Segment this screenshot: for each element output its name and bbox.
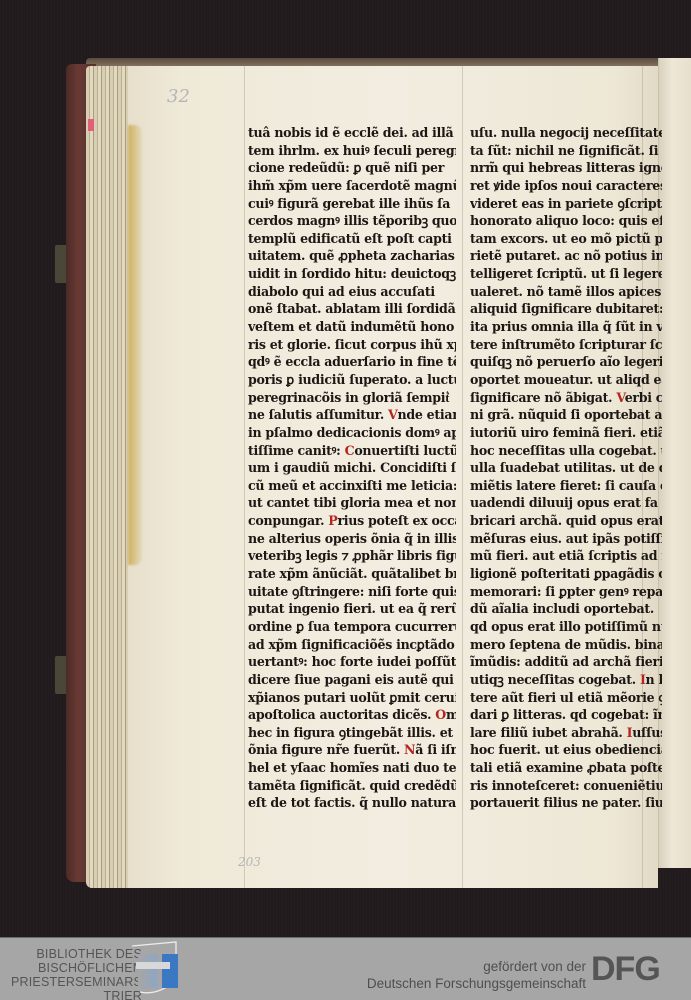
manuscript-line: ligionẽ poſteritati ꝑpagãdis cõ	[470, 565, 662, 583]
manuscript-line: tere inſtrumẽto ſcripturar ſcãr.	[470, 336, 662, 354]
manuscript-line: uitatem. quẽ ꝓpheta zacharias	[248, 247, 456, 265]
ruling-line	[244, 66, 245, 888]
manuscript-line: ĩmũdis: additũ ad archã fieri.	[470, 653, 662, 671]
manuscript-line: tuâ nobis id ẽ ecclẽ dei. ad illã celeſ	[248, 124, 456, 142]
manuscript-line: õnia figure nr̃e fuerũt. Nã ſi iſma	[248, 741, 456, 759]
manuscript-line: ne alterius operis õnia q̃ in illis	[248, 530, 456, 548]
manuscript-line: bricari archã. quid opus erat	[470, 512, 662, 530]
manuscript-line: ret ꝟide ipſos noui caracteres.	[470, 177, 662, 195]
manuscript-line: ris innoteſceret: conueniẽtius ligna	[470, 777, 662, 795]
manuscript-line: hel et yſaac homĩes nati duo teſ	[248, 759, 456, 777]
manuscript-line: mẽſuras eius. aut ipãs potiſſi	[470, 530, 662, 548]
manuscript-line: aliquid ſignificare dubitaret:	[470, 300, 662, 318]
manuscript-line: conpungar. Prius poteſt ex occaſio	[248, 512, 456, 530]
manuscript-line: ne ſalutis aſſumitur. Vnde etiam	[248, 406, 456, 424]
footer-bar: BIBLIOTHEK DES BISCHÖFLICHEN PRIESTERSEM…	[0, 937, 691, 1000]
page-stack-edges	[86, 66, 132, 888]
manuscript-line: veſtem et datũ indumẽtũ hono	[248, 318, 456, 336]
manuscript-line: dũ aĩalia includi oportebat.	[470, 600, 662, 618]
library-shield-logo-icon[interactable]	[128, 940, 190, 998]
manuscript-line: qd opus erat illo potiſſimũ nu	[470, 618, 662, 636]
manuscript-line: dari ꝑ litteras. qd cogebat: ĩmo	[470, 706, 662, 724]
manuscript-line: um i gaudiũ michi. Concidiſti ſac	[248, 459, 456, 477]
manuscript-line: telligeret ſcriptũ. ut ſi legere non	[470, 265, 662, 283]
library-name-line: BISCHÖFLICHEN	[0, 961, 142, 975]
manuscript-line: nrm̃ qui hebreas litteras ignora	[470, 159, 662, 177]
manuscript-line: uitate ꝯſtringere: niſi forte quis	[248, 583, 456, 601]
manuscript-line: quiſqꝫ nõ peruerſo aĩo legerit. ſic	[470, 353, 662, 371]
rubricated-initial: C	[345, 443, 355, 458]
manuscript-line: uidit in ſordido hitu: deuictoqꝫ	[248, 265, 456, 283]
manuscript-line: onẽ ſtabat. ablatam illi ſordidã	[248, 300, 456, 318]
next-page-edge	[658, 58, 691, 868]
ruling-line	[462, 66, 463, 888]
manuscript-line: oportet moueatur. ut aliqd ea	[470, 371, 662, 389]
text-column-right: uſu. nulla negocij neceſſitate facta ſũt…	[470, 124, 662, 812]
manuscript-line: uadendi diluuij opus erat fa	[470, 494, 662, 512]
manuscript-line: diabolo qui ad eius accuſati	[248, 283, 456, 301]
manuscript-line: tali etiã examine ꝓbata poſte	[470, 759, 662, 777]
funding-notice: gefördert von der Deutschen Forschungsge…	[367, 958, 586, 992]
manuscript-line: in pſalmo dedicacionis domꝰ ap	[248, 424, 456, 442]
manuscript-line: portauerit filius ne pater. ſiuer	[470, 794, 662, 812]
manuscript-line: mero ſeptena de mũdis. bina de	[470, 636, 662, 654]
water-stain	[128, 125, 142, 565]
manuscript-line: ſignificare nõ ãbigat. Verbi c	[470, 389, 662, 407]
manuscript-line: iutoriũ uiro feminã fieri. etiã	[470, 424, 662, 442]
rubricated-initial: I	[627, 725, 633, 740]
manuscript-line: poris ꝑ iudiciũ ſuperato. a luctu	[248, 371, 456, 389]
manuscript-line: xp̃ianos putari uolũt ꝑmit cerui	[248, 689, 456, 707]
manuscript-line: peregrinacõis in gloriã ſempit͛	[248, 389, 456, 407]
manuscript-line: rate xp̃m ãnũciãt. quãtalibet bre	[248, 565, 456, 583]
manuscript-line: lare filiũ iubet abrahã. Iuſſus	[470, 724, 662, 742]
manuscript-viewer[interactable]: 32 203 tuâ nobis id ẽ ecclẽ dei. ad illã…	[0, 0, 691, 937]
manuscript-line: cerdos magnꝰ illis tẽporibꝫ quo	[248, 212, 456, 230]
manuscript-line: ita prius omnia illa q̃ ſũt in ve	[470, 318, 662, 336]
manuscript-line: uertantꝰ: hoc forte iudei poſſũt	[248, 653, 456, 671]
manuscript-line: rietẽ putaret. ac nõ potius in	[470, 247, 662, 265]
library-name-line: PRIESTERSEMINARS TRIER	[0, 975, 142, 1000]
manuscript-line: tamẽta ſignificãt. quid credẽdũ	[248, 777, 456, 795]
manuscript-line: ualeret. nõ tamẽ illos apices	[470, 283, 662, 301]
manuscript-line: videret eas in pariete ꝯſcriptas.	[470, 195, 662, 213]
rubricated-initial: I	[640, 672, 646, 687]
rubricated-initial: V	[388, 407, 397, 422]
bookmark-tab	[88, 119, 94, 131]
manuscript-line: ad xp̃m ſignificaciõẽs incꝑtãdo	[248, 636, 456, 654]
manuscript-line: putat ingenio fieri. ut ea q̃ rerũ	[248, 600, 456, 618]
library-name-line: BIBLIOTHEK DES	[0, 947, 142, 961]
manuscript-line: ihm̃ xp̃m uere ſacerdotẽ magnũ.	[248, 177, 456, 195]
manuscript-line: ta ſũt: nichil ne ſignificãt. ſi quis	[470, 142, 662, 160]
manuscript-line: ulla ſuadebat utilitas. ut de dor	[470, 459, 662, 477]
manuscript-line: veteribꝫ legis ⁊ ꝓphãr libris figu	[248, 547, 456, 565]
folio-number-bottom: 203	[238, 855, 261, 869]
manuscript-line: tam excors. ut eo mõ pictũ pa	[470, 230, 662, 248]
manuscript-line: cuiꝰ figurã gerebat ille ihũs ſa	[248, 195, 456, 213]
manuscript-line: qdꝰ ẽ eccla aduerſario in fine tẽ	[248, 353, 456, 371]
manuscript-line: hec in figura ꝯtingebãt illis. et hec	[248, 724, 456, 742]
rubricated-initial: O	[435, 707, 446, 722]
text-column-left: tuâ nobis id ẽ ecclẽ dei. ad illã celeſt…	[248, 124, 456, 812]
manuscript-line: apoſtolica auctoritas dicẽs. Omnia	[248, 706, 456, 724]
manuscript-line: ni grã. nũquid ſi oportebat ad	[470, 406, 662, 424]
manuscript-line: honorato aliquo loco: quis eſſ	[470, 212, 662, 230]
manuscript-line: tem ihrlm. ex huiꝰ ſeculi peregrina	[248, 142, 456, 160]
manuscript-line: cũ meũ et accinxiſti me leticia:	[248, 477, 456, 495]
manuscript-line: ordine ꝑ ſua tempora cucurrerũt.	[248, 618, 456, 636]
manuscript-line: hoc neceſſitas ulla cogebat. ul	[470, 442, 662, 460]
manuscript-line: utiqꝫ neceſſitas cogebat. In la	[470, 671, 662, 689]
manuscript-line: ut cantet tibi gloria mea et non	[248, 494, 456, 512]
manuscript-line: ris et glorie. ſicut corpus ihũ xp̃i	[248, 336, 456, 354]
manuscript-line: tere aũt fieri ul etiã mẽorie ꝯmẽ	[470, 689, 662, 707]
rubricated-initial: N	[404, 742, 415, 757]
manuscript-line: tiſſime canitꝰ: Conuertiſti luctũ me	[248, 442, 456, 460]
manuscript-line: dicere ſiue pagani eis autẽ qui ſe	[248, 671, 456, 689]
manuscript-line: uſu. nulla negocij neceſſitate fac	[470, 124, 662, 142]
manuscript-line: memorari: ſi ꝑpter genꝰ reparã	[470, 583, 662, 601]
library-name[interactable]: BIBLIOTHEK DES BISCHÖFLICHEN PRIESTERSEM…	[0, 947, 142, 1000]
manuscript-line: mũ fieri. aut etiã ſcriptis ad re	[470, 547, 662, 565]
funding-line-2: Deutschen Forschungsgemeinschaft	[367, 975, 586, 992]
funding-line-1: gefördert von der	[367, 958, 586, 975]
rubricated-initial: P	[328, 513, 337, 528]
manuscript-line: cione redeũdũ: ꝑ quẽ niſi per	[248, 159, 456, 177]
manuscript-line: eſt de tot factis. q̃ nullo naturali	[248, 794, 456, 812]
manuscript-line: hoc fuerit. ut eius obediencia	[470, 741, 662, 759]
manuscript-line: templũ edificatũ eſt poſt capti	[248, 230, 456, 248]
rubricated-initial: V	[616, 390, 624, 405]
dfg-logo-icon[interactable]: DFG	[591, 952, 660, 986]
folio-number-top: 32	[167, 86, 190, 107]
manuscript-line: miẽtis latere fieret: ſi cauſa e	[470, 477, 662, 495]
